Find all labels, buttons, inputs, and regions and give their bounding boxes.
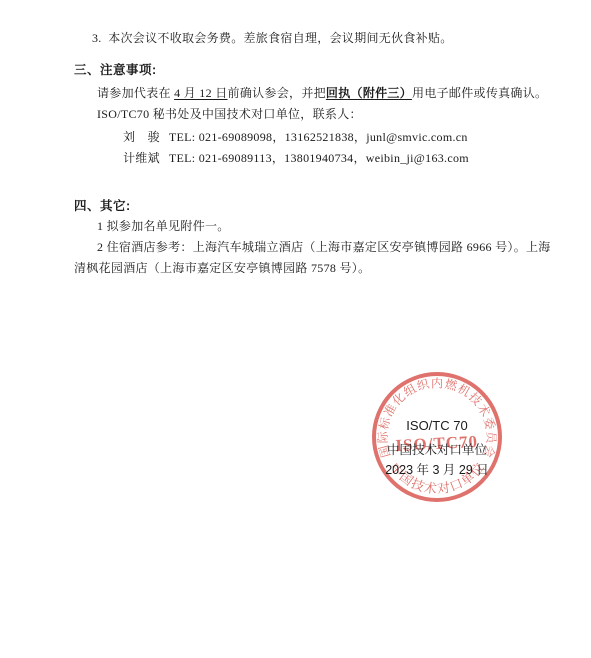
contact-name: 刘 骏 bbox=[123, 130, 160, 145]
contact-row-ji-weibin: 计维斌TEL: 021-69089113，13801940734，weibin_… bbox=[123, 151, 469, 166]
contact-tel: TEL: 021-69089098，13162521838，junl@smvic… bbox=[169, 130, 468, 144]
para1-suffix: 用电子邮件或传真确认。 bbox=[412, 86, 547, 100]
contact-name: 计维斌 bbox=[123, 151, 160, 166]
para1-date-underlined: 4 月 12 日 bbox=[174, 86, 227, 100]
section-4-item-1: 1 拟参加名单见附件一。 bbox=[97, 219, 230, 234]
section-4-heading: 四、其它: bbox=[74, 199, 131, 214]
document-page: 3. 本次会议不收取会务费。差旅食宿自理，会议期间无伙食补贴。 三、注意事项: … bbox=[0, 0, 591, 658]
section-3-paragraph-2: ISO/TC70 秘书处及中国技术对口单位，联系人： bbox=[97, 107, 362, 122]
para1-middle: 前确认参会，并把 bbox=[228, 86, 326, 100]
section-3-heading: 三、注意事项: bbox=[74, 63, 157, 78]
signature-org-code: ISO/TC 70 bbox=[357, 418, 517, 433]
section-3-paragraph-1: 请参加代表在 4 月 12 日前确认参会，并把回执（附件三）用电子邮件或传真确认… bbox=[97, 86, 547, 101]
official-seal-stamp: 国际标准化组织内燃机技术委员会 ISO/TC70 中国技术对口单位 bbox=[365, 365, 509, 509]
section-4-item-2-line-2: 清枫花园酒店（上海市嘉定区安亭镇博园路 7578 号）。 bbox=[74, 261, 370, 276]
signature-date: 2023 年 3 月 29 日 bbox=[357, 460, 517, 478]
contact-tel: TEL: 021-69089113，13801940734，weibin_ji@… bbox=[169, 151, 469, 165]
para1-prefix: 请参加代表在 bbox=[97, 86, 174, 100]
signature-org-name: 中国技术对口单位 bbox=[357, 440, 517, 458]
list-item-3: 3. 本次会议不收取会务费。差旅食宿自理，会议期间无伙食补贴。 bbox=[92, 31, 453, 46]
section-4-item-2-line-1: 2 住宿酒店参考：上海汽车城瑞立酒店（上海市嘉定区安亭镇博园路 6966 号）。… bbox=[97, 240, 551, 255]
para1-receipt-underlined: 回执（附件三） bbox=[326, 86, 412, 100]
seal-ring bbox=[374, 374, 500, 500]
contact-row-liu-jun: 刘 骏TEL: 021-69089098，13162521838，junl@sm… bbox=[123, 130, 468, 145]
